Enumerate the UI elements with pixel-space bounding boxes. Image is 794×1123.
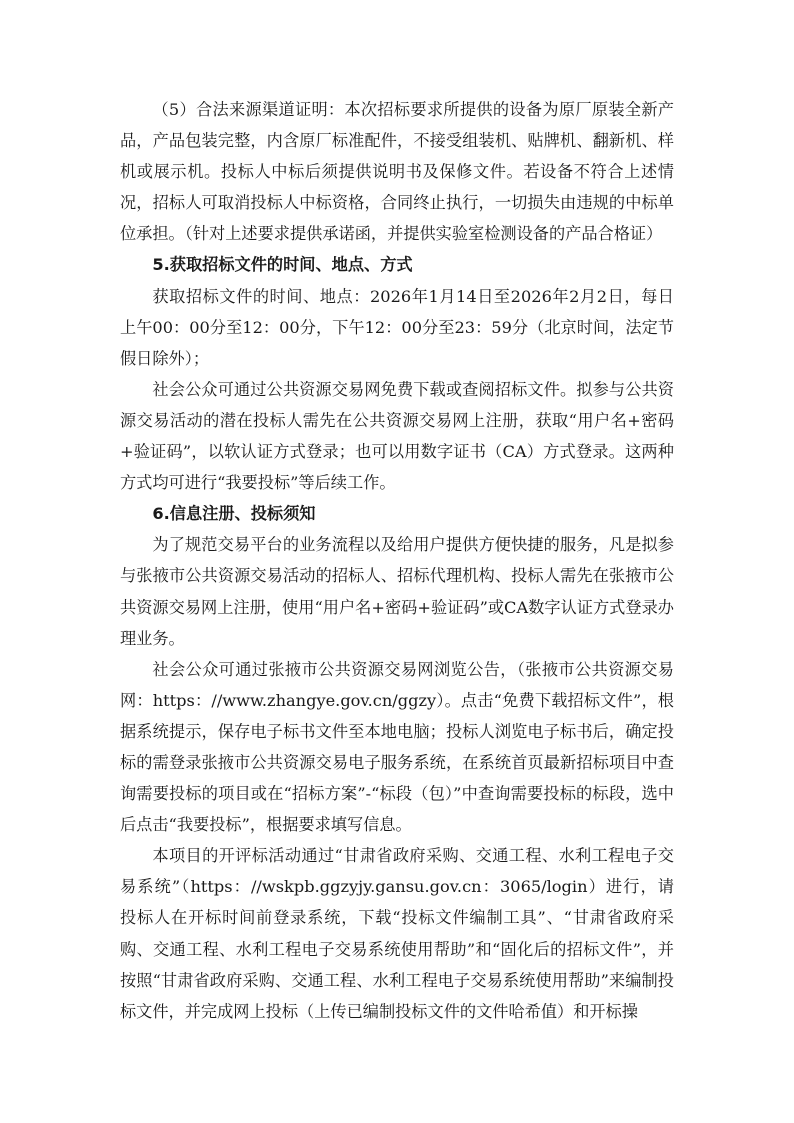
section-heading-5: 5.获取招标文件的时间、地点、方式 — [120, 249, 674, 280]
paragraph-public-download: 社会公众可通过公共资源交易网免费下载或查阅招标文件。拟参与公共资源交易活动的潜在… — [120, 374, 674, 498]
section-heading-6: 6.信息注册、投标须知 — [120, 498, 674, 529]
paragraph-acquisition-time: 获取招标文件的时间、地点：2026年1月14日至2026年2月2日，每日上午00… — [120, 281, 674, 374]
paragraph-legal-source-proof: （5）合法来源渠道证明：本次招标要求所提供的设备为原厂原装全新产品，产品包装完整… — [120, 94, 674, 249]
paragraph-bid-system: 本项目的开评标活动通过“甘肃省政府采购、交通工程、水利工程电子交易系统”（htt… — [120, 840, 674, 1027]
paragraph-browse-announcement: 社会公众可通过张掖市公共资源交易网浏览公告，（张掖市公共资源交易网：https：… — [120, 654, 674, 841]
document-page: （5）合法来源渠道证明：本次招标要求所提供的设备为原厂原装全新产品，产品包装完整… — [120, 94, 674, 1027]
paragraph-registration: 为了规范交易平台的业务流程以及给用户提供方便快捷的服务，凡是拟参与张掖市公共资源… — [120, 529, 674, 653]
